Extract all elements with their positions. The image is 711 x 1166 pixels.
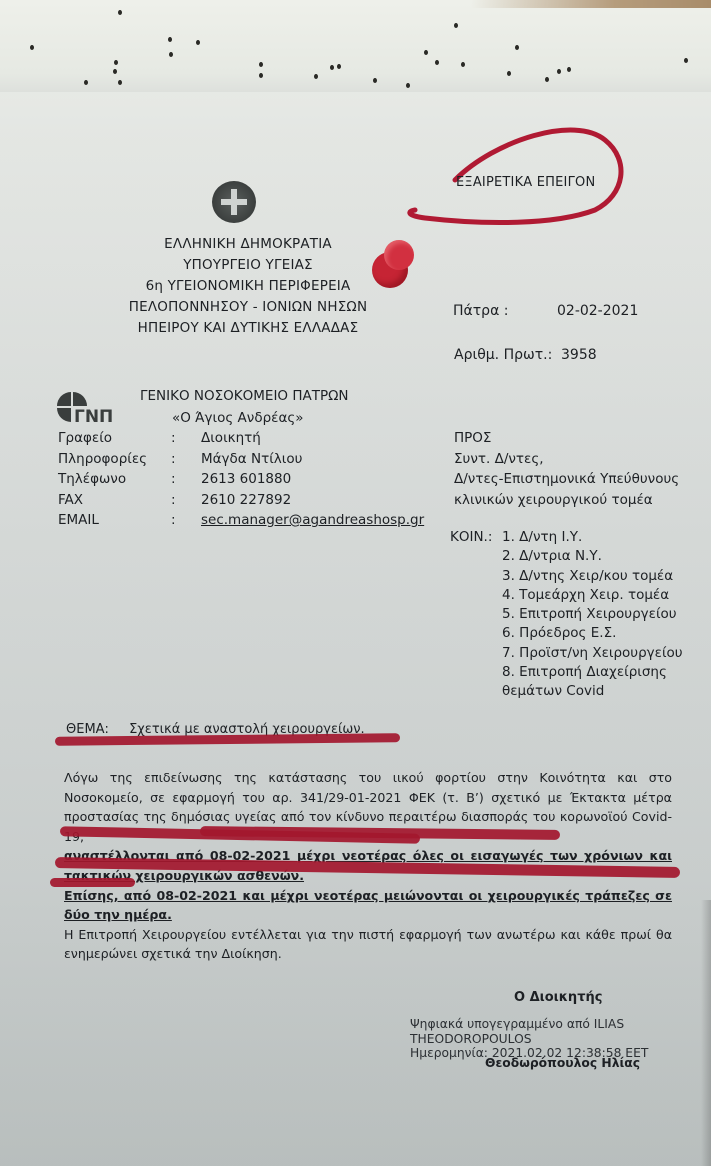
contact-label: Τηλέφωνο	[58, 469, 171, 490]
contact-row-office: Γραφείο : Διοικητή	[58, 428, 424, 449]
paper-shadow	[701, 900, 711, 1166]
to-line: Δ/ντες-Επιστημονικά Υπεύθυνους	[454, 469, 679, 490]
hospital-subtitle: «Ο Άγιος Ανδρέας»	[172, 410, 304, 426]
svg-text:ΓΝΠ: ΓΝΠ	[74, 407, 113, 424]
ministry-line: ΥΠΟΥΡΓΕΙΟ ΥΓΕΙΑΣ	[118, 255, 378, 276]
wall-speck	[461, 62, 465, 67]
wall-speck	[557, 69, 561, 74]
cc-item: 1. Δ/ντη Ι.Υ.	[502, 528, 582, 547]
contact-value: 2613 601880	[201, 469, 291, 490]
wall-speck	[406, 83, 410, 88]
contact-row-info: Πληροφορίες : Μάγδα Ντίλιου	[58, 449, 424, 470]
wall-speck	[113, 69, 117, 74]
wall-speck	[684, 58, 688, 63]
wall-background	[0, 0, 711, 92]
wall-speck	[30, 45, 34, 50]
contact-separator: :	[171, 469, 201, 490]
pushpin-icon	[372, 240, 418, 288]
digital-signature: Ψηφιακά υπογεγραμμένο από ILIAS THEODORO…	[410, 1017, 648, 1061]
signatory-name: Θεοδωρόπουλος Ηλίας	[485, 1056, 640, 1070]
to-line: Συντ. Δ/ντες,	[454, 449, 679, 470]
contact-separator: :	[171, 449, 201, 470]
wall-speck	[330, 65, 334, 70]
wall-speck	[118, 80, 122, 85]
wall-speck	[424, 50, 428, 55]
cc-item: 2. Δ/ντρια Ν.Υ.	[502, 547, 602, 566]
recipients-to: ΠΡΟΣ Συντ. Δ/ντες, Δ/ντες-Επιστημονικά Υ…	[454, 428, 679, 510]
protocol-label: Αριθμ. Πρωτ.:	[454, 347, 552, 363]
hospital-logo-icon: ΓΝΠ	[55, 390, 120, 424]
cc-item: 6. Πρόεδρος Ε.Σ.	[502, 624, 616, 643]
protocol-number: 3958	[561, 347, 597, 363]
email-link[interactable]: sec.manager@agandreashosp.gr	[201, 510, 424, 531]
wall-speck	[259, 73, 263, 78]
wall-speck	[168, 37, 172, 42]
body-measure-tables: Επίσης, από 08-02-2021 και μέχρι νεοτέρα…	[64, 886, 672, 925]
contact-row-email: EMAIL : sec.manager@agandreashosp.gr	[58, 510, 424, 531]
wall-speck	[118, 10, 122, 15]
ministry-line: ΗΠΕΙΡΟΥ ΚΑΙ ΔΥΤΙΚΗΣ ΕΛΛΑΔΑΣ	[118, 318, 378, 339]
cc-item: 4. Τομεάρχη Χειρ. τομέα	[502, 586, 669, 605]
contact-row-phone: Τηλέφωνο : 2613 601880	[58, 469, 424, 490]
ministry-line: ΠΕΛΟΠΟΝΝΗΣΟΥ - ΙΟΝΙΩΝ ΝΗΣΩΝ	[118, 297, 378, 318]
wall-speck	[454, 23, 458, 28]
cc-item: 8. Επιτροπή Διαχείρισης	[502, 663, 667, 682]
contact-value: Διοικητή	[201, 428, 261, 449]
wall-speck	[196, 40, 200, 45]
greek-coat-of-arms-icon	[212, 181, 256, 223]
ministry-line: 6η ΥΓΕΙΟΝΟΜΙΚΗ ΠΕΡΙΦΕΡΕΙΑ	[118, 276, 378, 297]
digital-signature-line: Ψηφιακά υπογεγραμμένο από ILIAS	[410, 1017, 648, 1032]
wall-speck	[84, 80, 88, 85]
urgency-stamp: ΕΞΑΙΡΕΤΙΚΑ ΕΠΕΙΓΟΝ	[456, 175, 595, 190]
wall-speck	[545, 77, 549, 82]
cc-label: ΚΟΙΝ.:	[450, 528, 502, 547]
cc-item: 3. Δ/ντης Χειρ/κου τομέα	[502, 567, 673, 586]
signatory-title: Ο Διοικητής	[514, 990, 602, 1005]
contact-row-fax: FAX : 2610 227892	[58, 490, 424, 511]
contact-label: Γραφείο	[58, 428, 171, 449]
contact-label: EMAIL	[58, 510, 171, 531]
subject-label: ΘΕΜΑ:	[66, 722, 109, 737]
cc-item: θεμάτων Covid	[502, 682, 604, 701]
contact-label: Πληροφορίες	[58, 449, 171, 470]
ministry-header: ΕΛΛΗΝΙΚΗ ΔΗΜΟΚΡΑΤΙΑ ΥΠΟΥΡΓΕΙΟ ΥΓΕΙΑΣ 6η …	[118, 234, 378, 339]
contact-details: Γραφείο : Διοικητή Πληροφορίες : Μάγδα Ν…	[58, 428, 424, 531]
wall-speck	[435, 60, 439, 65]
hospital-name: ΓΕΝΙΚΟ ΝΟΣΟΚΟΜΕΙΟ ΠΑΤΡΩΝ	[140, 388, 349, 404]
document-date: 02-02-2021	[557, 303, 638, 319]
red-marker-underline	[50, 878, 135, 887]
recipients-cc: ΚΟΙΝ.:1. Δ/ντη Ι.Υ. 2. Δ/ντρια Ν.Υ. 3. Δ…	[450, 528, 683, 702]
wall-speck	[337, 64, 341, 69]
wall-speck	[507, 71, 511, 76]
cc-item: 7. Προϊστ/νη Χειρουργείου	[502, 644, 683, 663]
body-closing: Η Επιτροπή Χειρουργείου εντέλλεται για τ…	[64, 925, 672, 964]
contact-separator: :	[171, 428, 201, 449]
cc-item: 5. Επιτροπή Χειρουργείου	[502, 605, 677, 624]
wall-speck	[114, 60, 118, 65]
contact-label: FAX	[58, 490, 171, 511]
digital-signature-line: THEODOROPOULOS	[410, 1032, 648, 1047]
wall-speck	[169, 52, 173, 57]
contact-value: 2610 227892	[201, 490, 291, 511]
wall-speck	[259, 62, 263, 67]
shelf-edge	[471, 0, 711, 8]
place-label: Πάτρα :	[453, 303, 508, 319]
wall-speck	[373, 78, 377, 83]
contact-separator: :	[171, 490, 201, 511]
wall-speck	[515, 45, 519, 50]
contact-value: Μάγδα Ντίλιου	[201, 449, 302, 470]
ministry-line: ΕΛΛΗΝΙΚΗ ΔΗΜΟΚΡΑΤΙΑ	[118, 234, 378, 255]
to-label: ΠΡΟΣ	[454, 428, 679, 449]
wall-speck	[567, 67, 571, 72]
contact-separator: :	[171, 510, 201, 531]
wall-speck	[314, 74, 318, 79]
to-line: κλινικών χειρουργικού τομέα	[454, 490, 679, 511]
